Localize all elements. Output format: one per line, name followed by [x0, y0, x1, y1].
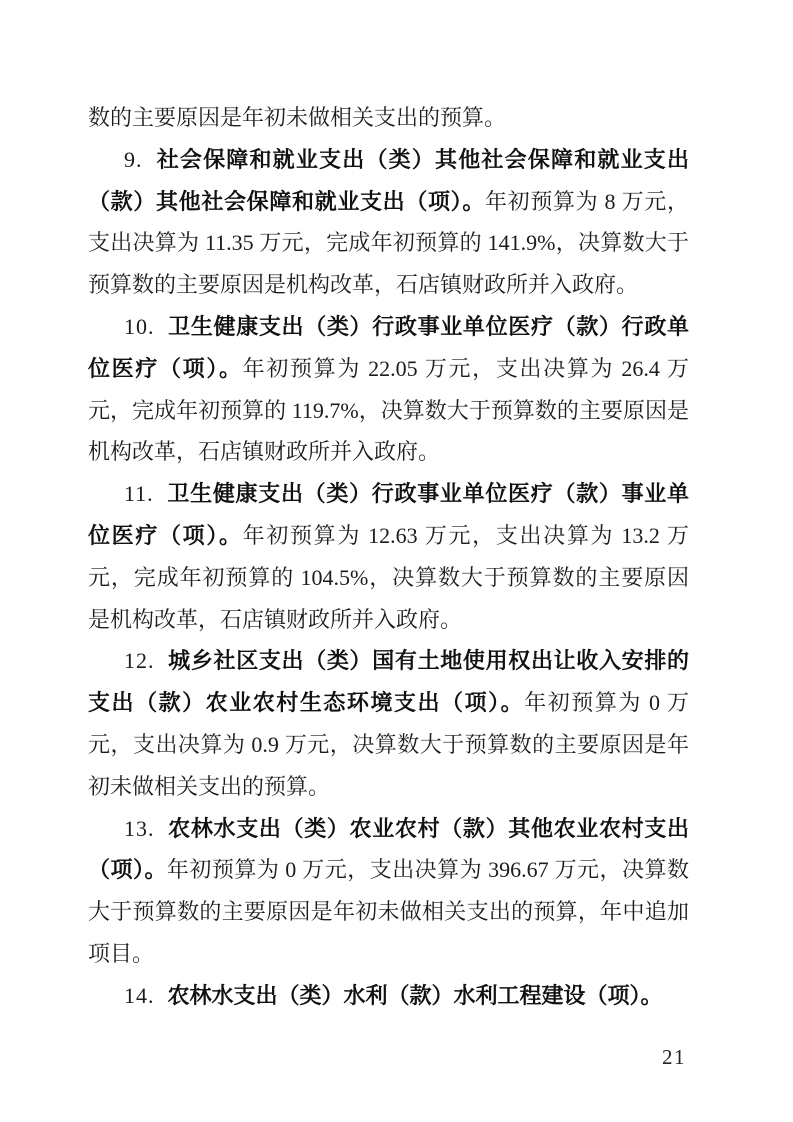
paragraph-item-14: 14.农林水支出（类）水利（款）水利工程建设（项）。 [88, 975, 689, 1017]
paragraph-item-9: 9.社会保障和就业支出（类）其他社会保障和就业支出（款）其他社会保障和就业支出（… [88, 139, 689, 306]
paragraph-number: 12. [124, 648, 155, 673]
paragraph-number: 13. [124, 816, 155, 841]
paragraph-text: 数的主要原因是年初未做相关支出的预算。 [88, 105, 506, 130]
paragraph-number: 14. [124, 983, 155, 1008]
page-number: 21 [662, 1045, 686, 1070]
paragraph-number: 11. [124, 481, 154, 506]
paragraph-item-10: 10.卫生健康支出（类）行政事业单位医疗（款）行政单位医疗（项）。年初预算为 2… [88, 306, 689, 473]
paragraph-item-13: 13.农林水支出（类）农业农村（款）其他农业农村支出（项）。年初预算为 0 万元… [88, 808, 689, 975]
paragraph-text: 年初预算为 0 万元，支出决算为 396.67 万元，决算数大于预算数的主要原因… [88, 857, 689, 966]
document-page: 数的主要原因是年初未做相关支出的预算。 9.社会保障和就业支出（类）其他社会保障… [0, 0, 793, 1122]
paragraph-heading: 农林水支出（类）水利（款）水利工程建设（项）。 [168, 983, 663, 1008]
body-text: 数的主要原因是年初未做相关支出的预算。 9.社会保障和就业支出（类）其他社会保障… [88, 97, 689, 1017]
paragraph-number: 9. [124, 147, 143, 172]
paragraph-continuation: 数的主要原因是年初未做相关支出的预算。 [88, 97, 689, 139]
paragraph-item-12: 12.城乡社区支出（类）国有土地使用权出让收入安排的支出（款）农业农村生态环境支… [88, 640, 689, 807]
paragraph-item-11: 11.卫生健康支出（类）行政事业单位医疗（款）事业单位医疗（项）。年初预算为 1… [88, 473, 689, 640]
paragraph-number: 10. [124, 314, 155, 339]
